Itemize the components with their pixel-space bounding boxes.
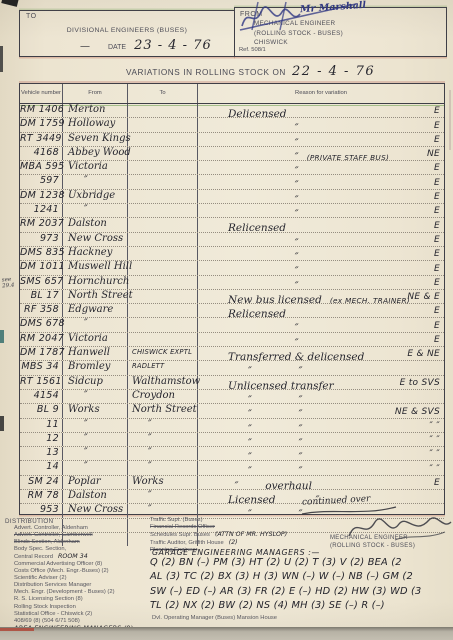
cell-reason: ″E [198, 318, 444, 331]
engineering-code: ″ ″ [430, 420, 441, 432]
from-value: Seven Kings [68, 133, 127, 145]
table-row: BL 17North StreetNew bus licensed(ex MEC… [20, 290, 444, 304]
from-value: ″ [84, 447, 127, 459]
distribution-item-text: WORKS STUDY, CHISWICK (2) [14, 630, 113, 638]
cell-vehicle: 4168 [20, 147, 63, 160]
from-value: Dalston [68, 490, 127, 502]
from-value: Poplar [68, 476, 127, 488]
vehicle-number: 14 [20, 461, 59, 473]
vehicle-number: RM 78 [20, 490, 59, 502]
from-value: ″ [84, 390, 127, 402]
table-row: RM 1406MertonDelicensedE [20, 104, 444, 118]
to-value: ″ [148, 433, 197, 445]
engineering-code: E to SVS [400, 377, 440, 389]
distribution-heading: DISTRIBUTION [5, 518, 53, 525]
cell-to [128, 147, 198, 160]
engineering-code: E & NE [407, 348, 440, 360]
cell-to [128, 333, 198, 346]
engineering-code: E [434, 191, 440, 203]
cell-reason: ″ overhaulE [198, 476, 444, 489]
cell-from: ″ [63, 318, 128, 331]
table-row: 973New Cross ″E [20, 233, 444, 247]
cell-to: ″ [128, 447, 198, 460]
table-body: RM 1406MertonDelicensedEDM 1759Holloway … [20, 104, 444, 546]
cell-reason: ″ ″ [198, 361, 444, 374]
cell-reason: ″ ″″ ″ [198, 419, 444, 432]
cell-vehicle: 12 [20, 433, 63, 446]
distribution-item-text: Central Record [14, 554, 53, 560]
cell-from: ″ [63, 390, 128, 403]
vehicle-number: RM 1406 [20, 104, 59, 116]
from-value: Abbey Wood [68, 147, 127, 159]
cell-from: Muswell Hill [63, 261, 128, 274]
distribution-item: Traffic Supt. (Buses) [150, 517, 325, 524]
cell-to [128, 290, 198, 303]
engineering-code: E [434, 205, 440, 217]
vehicle-number: 4168 [20, 147, 59, 159]
engineering-code: E [434, 234, 440, 246]
scan-artifact-top-left [1, 0, 18, 7]
distribution-item: Central RecordROOM 34 [14, 553, 154, 561]
engineering-code: E [434, 305, 440, 317]
cell-vehicle: RM 78 [20, 490, 63, 503]
cell-from: Merton [63, 104, 128, 117]
table-row: RM 2037DalstonRelicensedE [20, 218, 444, 232]
cell-vehicle: DM 1011 [20, 261, 63, 274]
cell-reason: ″ ″ [198, 390, 444, 403]
scan-artifact-right-edge [449, 90, 451, 150]
to-value: ″ [148, 461, 197, 473]
garage-codes: Q (2) BN (–) PM (3) HT (2) U (2) T (3) V… [150, 556, 421, 614]
table-row: 12″″ ″ ″″ ″ [20, 433, 444, 447]
column-header-from: From [63, 84, 128, 103]
to-box: TO DIVISIONAL ENGINEERS (BUSES) — DATE 2… [19, 10, 235, 57]
date-value-handwritten: 23 - 4 - 76 [134, 38, 212, 53]
cell-reason: Unlicensed transferE to SVS [198, 376, 444, 389]
table-row: 1241″ ″E [20, 204, 444, 218]
engineering-code: NE [427, 148, 440, 160]
distribution-item-text: Advert. Controller, Aldenham [14, 525, 88, 531]
cell-from: Dalston [63, 218, 128, 231]
vehicle-number: RF 358 [20, 304, 59, 316]
cell-to [128, 204, 198, 217]
cell-vehicle: DMS 835 [20, 247, 63, 260]
from-value: North Street [68, 290, 127, 302]
cell-from: ″ [63, 447, 128, 460]
table-row: 4168Abbey Wood ″(PRIVATE STAFF BUS)NE [20, 147, 444, 161]
cell-to: Walthamstow [128, 376, 198, 389]
from-label: FROM [240, 11, 263, 18]
to-value: North Street [132, 404, 197, 416]
engineering-code: ″ ″ [430, 463, 441, 475]
cell-to [128, 104, 198, 117]
table-row: DMS 835Hackney ″E [20, 247, 444, 261]
cell-reason: ″E [198, 190, 444, 203]
vehicle-number: DM 1759 [20, 118, 59, 130]
from-value: Muswell Hill [68, 261, 127, 273]
cell-to [128, 318, 198, 331]
cell-from: Sidcup [63, 376, 128, 389]
vehicle-number: BL 9 [20, 404, 59, 416]
table-row: 11″″ ″ ″″ ″ [20, 419, 444, 433]
to-value: ″ [148, 419, 197, 431]
cell-reason: New bus licensed(ex MECH. TRAINER)NE & E [198, 290, 444, 303]
distribution-item: Costs Office (Mech. Engr.-Buses) (2) [14, 568, 154, 575]
table-row: DM 1011Muswell Hill ″E [20, 261, 444, 275]
cell-vehicle: 4154 [20, 390, 63, 403]
to-value: Walthamstow [132, 376, 197, 388]
cell-vehicle: DM 1238 [20, 190, 63, 203]
cell-vehicle: DM 1759 [20, 118, 63, 131]
cell-to: ″ [128, 461, 198, 474]
table-row: RM 78Dalston″Licensed ″ [20, 490, 444, 504]
cell-reason: DelicensedE [198, 104, 444, 117]
cell-to [128, 304, 198, 317]
title-date-handwritten: 22 - 4 - 76 [292, 64, 375, 79]
cell-reason: ″E [198, 333, 444, 346]
cell-from: New Cross [63, 504, 128, 517]
engineering-code: E [434, 162, 440, 174]
cell-to [128, 276, 198, 289]
cell-from: Victoria [63, 333, 128, 346]
cell-vehicle: BL 17 [20, 290, 63, 303]
vehicle-number: DMS 678 [20, 318, 59, 330]
to-value: Croydon [132, 390, 197, 402]
date-label: DATE [108, 44, 126, 51]
engineering-code: E [434, 248, 440, 260]
distribution-item-text: Blinds Section, Aldenham [14, 539, 80, 545]
table-row: BL 9WorksNorth Street ″ ″NE & SVS [20, 404, 444, 418]
distribution-item-text: Schedules Supr. Buses [150, 532, 210, 538]
cell-vehicle: 13 [20, 447, 63, 460]
cell-reason: ″E [198, 161, 444, 174]
cell-to [128, 118, 198, 131]
cell-vehicle: 973 [20, 233, 63, 246]
table-row: DM 1787HanwellCHISWICK EXPTLTransferred … [20, 347, 444, 361]
cell-vehicle: 1241 [20, 204, 63, 217]
table-row: MBA 595Victoria ″E [20, 161, 444, 175]
distribution-item-text: Traffic Supt. (Buses) [150, 517, 203, 523]
cell-reason: ″E [198, 133, 444, 146]
signature-block-title: MECHANICAL ENGINEER (ROLLING STOCK - BUS… [330, 534, 415, 550]
table-row: 4154″Croydon ″ ″ [20, 390, 444, 404]
scan-artifact-left-edge [0, 46, 3, 72]
cell-to: Works [128, 476, 198, 489]
from-value: Bromley [68, 361, 127, 373]
engineering-code: NE & SVS [395, 406, 440, 418]
cell-vehicle: 14 [20, 461, 63, 474]
cell-from: Hackney [63, 247, 128, 260]
distribution-item-text: Commercial Advertising Officer (8) [14, 561, 102, 567]
distribution-list-left: Advert. Controller, AldenhamAdvert. Cont… [14, 525, 154, 637]
engineering-code: E [434, 277, 440, 289]
cell-reason: ″ ″NE & SVS [198, 404, 444, 417]
cell-reason: ″ ″″ ″ [198, 447, 444, 460]
vehicle-number: DMS 835 [20, 247, 59, 259]
cell-from: Seven Kings [63, 133, 128, 146]
vehicle-number: RT 3449 [20, 133, 59, 145]
cell-reason: ″E [198, 204, 444, 217]
cell-reason: Transferred & delicensedE & NE [198, 347, 444, 360]
table-row: DM 1759Holloway ″E [20, 118, 444, 132]
cell-vehicle: RM 1406 [20, 104, 63, 117]
cell-to: North Street [128, 404, 198, 417]
cell-vehicle: MBA 595 [20, 161, 63, 174]
from-address: MECHANICAL ENGINEER (ROLLING STOCK - BUS… [254, 19, 343, 48]
table-row: RF 358EdgwareRelicensedE [20, 304, 444, 318]
distribution-item-text: Advert. Controller, Camberwell [14, 532, 93, 538]
distribution-item: Advert. Controller, Camberwell [14, 532, 154, 539]
distribution-item: Schedules Supr. Buses(ATTN OF MR. HYSLOP… [150, 531, 325, 539]
vehicle-number: SMS 657 [20, 276, 59, 288]
handwritten-note: ROOM 34 [58, 553, 88, 560]
vehicle-number: DM 1787 [20, 347, 59, 359]
vehicle-number: 4154 [20, 390, 59, 402]
cell-reason: ″ ″″ ″ [198, 461, 444, 474]
cell-from: ″ [63, 204, 128, 217]
to-recipient: DIVISIONAL ENGINEERS (BUSES) [20, 27, 234, 34]
distribution-item: Traffic Auditor, Griffith House(2) [150, 539, 325, 547]
engineering-code: ″ ″ [430, 448, 441, 460]
from-value: Works [68, 404, 127, 416]
cell-reason: ″E [198, 276, 444, 289]
cell-to [128, 133, 198, 146]
from-box: FROM MECHANICAL ENGINEER (ROLLING STOCK … [234, 7, 447, 57]
cell-vehicle: BL 9 [20, 404, 63, 417]
document-title: VARIATIONS IN ROLLING STOCK ON22 - 4 - 7… [126, 64, 375, 79]
cell-to: ″ [128, 433, 198, 446]
cell-to: Croydon [128, 390, 198, 403]
scanned-document: TO DIVISIONAL ENGINEERS (BUSES) — DATE 2… [0, 0, 453, 640]
cell-from: New Cross [63, 233, 128, 246]
to-value: ″ [148, 447, 197, 459]
distribution-item-text: Rolling Stock Inspection [14, 604, 76, 610]
cell-from: Holloway [63, 118, 128, 131]
table-row: 597″ ″E [20, 175, 444, 189]
vehicle-number: RT 1561 [20, 376, 59, 388]
distribution-item: Scientific Adviser (2) [14, 575, 154, 582]
vehicle-number: 973 [20, 233, 59, 245]
distribution-item-text: Distribution Services Manager [14, 582, 91, 588]
engineering-code: E [434, 120, 440, 132]
scan-artifact-dark-mark [0, 416, 4, 431]
vehicle-number: RM 2037 [20, 218, 59, 230]
garage-code-line: SW (–) ED (–) AR (3) FR (2) E (–) HD (2)… [150, 585, 421, 599]
vehicle-number: BL 17 [20, 290, 59, 302]
cell-to [128, 233, 198, 246]
distribution-item: Advert. Controller, Aldenham [14, 525, 154, 532]
distribution-item: Statistical Office - Chiswick (2) [14, 611, 154, 618]
cell-to [128, 175, 198, 188]
from-line: (ROLLING STOCK - BUSES) [254, 29, 343, 39]
distribution-item: Financial Records Officer [150, 524, 325, 531]
engineering-code: E [434, 334, 440, 346]
cell-vehicle: DMS 678 [20, 318, 63, 331]
cell-from: Hornchurch [63, 276, 128, 289]
table-row: SMS 657Hornchurch ″E [20, 276, 444, 290]
vehicle-number: DM 1011 [20, 261, 59, 273]
cell-from: ″ [63, 461, 128, 474]
table-row: RT 3449Seven Kings ″E [20, 133, 444, 147]
vehicle-number: 12 [20, 433, 59, 445]
handwritten-note: (ATTN OF MR. HYSLOP) [215, 531, 287, 538]
cell-vehicle: MBS 34 [20, 361, 63, 374]
vehicle-number: SM 24 [20, 476, 59, 488]
cell-vehicle: 597 [20, 175, 63, 188]
cell-to: ″ [128, 419, 198, 432]
cell-reason: ″ ″″ ″ [198, 433, 444, 446]
cell-reason: RelicensedE [198, 218, 444, 231]
from-value: Dalston [68, 218, 127, 230]
cell-to [128, 261, 198, 274]
vehicle-number: 11 [20, 419, 59, 431]
cell-vehicle: RT 3449 [20, 133, 63, 146]
cell-from: Dalston [63, 490, 128, 503]
cell-from: Hanwell [63, 347, 128, 360]
engineering-code: E [434, 477, 440, 489]
operating-manager-line: Dvl. Operating Manager (Buses) Mansion H… [152, 615, 277, 621]
to-value: ″ [148, 504, 197, 516]
cell-vehicle: 953 [20, 504, 63, 517]
cell-vehicle: SM 24 [20, 476, 63, 489]
cell-from: Bromley [63, 361, 128, 374]
from-line: CHISWICK [254, 38, 343, 48]
engineering-code: E [434, 105, 440, 117]
date-row: — DATE 23 - 4 - 76 [80, 38, 212, 53]
cell-to [128, 190, 198, 203]
engineering-code: ″ ″ [430, 434, 441, 446]
to-value: Works [132, 476, 197, 488]
distribution-item: Body Spec. Section, [14, 546, 154, 553]
column-header-reason: Reason for variation [198, 84, 444, 103]
engineering-code: E [434, 134, 440, 146]
table-header-row: Vehicle number From To Reason for variat… [20, 84, 444, 104]
distribution-item: Blinds Section, Aldenham [14, 539, 154, 546]
cell-reason: RelicensedE [198, 304, 444, 317]
cell-vehicle: SMS 657 [20, 276, 63, 289]
table-row: SM 24PoplarWorks ″ overhaulE [20, 476, 444, 490]
from-value: Hanwell [68, 347, 127, 359]
distribution-item: Distribution Services Manager [14, 582, 154, 589]
from-value: Uxbridge [68, 190, 127, 202]
cell-from: Works [63, 404, 128, 417]
from-value: Merton [68, 104, 127, 116]
vehicle-number: 597 [20, 175, 59, 187]
garage-code-line: AL (3) TC (2) BX (3) H (3) WN (–) W (–) … [150, 570, 421, 584]
to-label: TO [26, 13, 37, 20]
engineering-code: NE & E [407, 291, 440, 303]
from-value: ″ [84, 204, 127, 216]
garage-code-line: Q (2) BN (–) PM (3) HT (2) U (2) T (3) V… [150, 556, 421, 570]
from-value: Victoria [68, 333, 127, 345]
margin-note: see 29.4 [2, 277, 15, 290]
title-printed: VARIATIONS IN ROLLING STOCK ON [126, 68, 286, 77]
distribution-item: Mech. Engr. (Development - Buses) (2) [14, 589, 154, 596]
table-row: RT 1561SidcupWalthamstowUnlicensed trans… [20, 376, 444, 390]
distribution-item-text: Scientific Adviser (2) [14, 575, 67, 581]
distribution-item: R. S. Licensing Section (8) [14, 596, 154, 603]
handwritten-dash: — [80, 41, 90, 52]
cell-reason: ″(PRIVATE STAFF BUS)NE [198, 147, 444, 160]
distribution-item-text: Traffic Auditor, Griffith House [150, 540, 224, 546]
cell-reason: ″E [198, 247, 444, 260]
vehicle-number: DM 1238 [20, 190, 59, 202]
distribution-item-text: Statistical Office - Chiswick (2) [14, 611, 92, 617]
cell-from: Uxbridge [63, 190, 128, 203]
cell-to [128, 161, 198, 174]
distribution-item-text: Body Spec. Section, [14, 546, 66, 552]
from-line: MECHANICAL ENGINEER [254, 19, 343, 29]
cell-to [128, 218, 198, 231]
cell-to: ″ [128, 490, 198, 503]
cell-reason: ″E [198, 233, 444, 246]
distribution-item: Rolling Stock Inspection [14, 604, 154, 611]
cell-from: Victoria [63, 161, 128, 174]
table-row: 13″″ ″ ″″ ″ [20, 447, 444, 461]
vehicle-number: 1241 [20, 204, 59, 216]
distribution-item-text: Financial Records Officer [150, 524, 215, 530]
engineering-code: E [434, 177, 440, 189]
distribution-item-text: Mech. Engr. (Development - Buses) (2) [14, 589, 115, 595]
cell-from: ″ [63, 433, 128, 446]
table-row: 14″″ ″ ″″ ″ [20, 461, 444, 475]
cell-from: North Street [63, 290, 128, 303]
table-row: RM 2047Victoria ″E [20, 333, 444, 347]
cell-vehicle: RF 358 [20, 304, 63, 317]
cell-from: Poplar [63, 476, 128, 489]
from-value: Edgware [68, 304, 127, 316]
from-value: New Cross [68, 233, 127, 245]
distribution-item-text: R. S. Licensing Section (8) [14, 596, 83, 602]
garage-code-line: TL (2) NX (2) BW (2) NS (4) MH (3) SE (–… [150, 599, 421, 613]
from-value: ″ [84, 433, 127, 445]
cell-vehicle: RT 1561 [20, 376, 63, 389]
vehicle-number: MBA 595 [20, 161, 59, 173]
cell-from: Abbey Wood [63, 147, 128, 160]
cell-reason: ″E [198, 175, 444, 188]
cell-reason: ″E [198, 118, 444, 131]
scan-artifact-teal-mark [0, 330, 4, 343]
cell-from: ″ [63, 419, 128, 432]
cell-reason: ″E [198, 261, 444, 274]
cell-to: ″ [128, 504, 198, 517]
cell-from: Edgware [63, 304, 128, 317]
engineering-code: E [434, 263, 440, 275]
table-row: DM 1238Uxbridge ″E [20, 190, 444, 204]
from-value: ″ [84, 461, 127, 473]
ref-number: Ref. 508/1 [239, 47, 266, 53]
vehicle-number: 13 [20, 447, 59, 459]
from-value: Victoria [68, 161, 127, 173]
handwritten-note: (2) [229, 539, 238, 546]
column-header-vehicle: Vehicle number [20, 84, 63, 103]
to-value: RADLETT [132, 361, 197, 372]
cell-to: RADLETT [128, 361, 198, 374]
cell-vehicle: DM 1787 [20, 347, 63, 360]
cell-vehicle: RM 2047 [20, 333, 63, 346]
cell-to [128, 247, 198, 260]
cell-vehicle: 11 [20, 419, 63, 432]
cell-to: CHISWICK EXPTL [128, 347, 198, 360]
vehicle-number: MBS 34 [20, 361, 59, 373]
from-value: Hackney [68, 247, 127, 259]
distribution-item: WORKS STUDY, CHISWICK (2) [14, 631, 154, 637]
engineering-code: E [434, 220, 440, 232]
from-value: ″ [84, 419, 127, 431]
variations-table: Vehicle number From To Reason for variat… [19, 83, 445, 515]
from-value: Holloway [68, 118, 127, 130]
table-row: MBS 34BromleyRADLETT ″ ″ [20, 361, 444, 375]
